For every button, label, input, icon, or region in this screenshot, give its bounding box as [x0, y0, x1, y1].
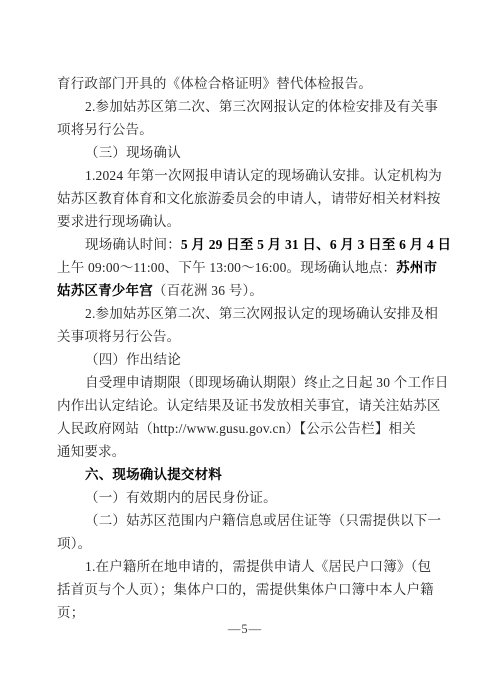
text-run-bold: 5 月 29 日至 5 月 31 日、6 月 3 日至 6 月 4 日	[181, 237, 451, 252]
text-run: 通知要求。	[57, 444, 126, 459]
text-run: （二）姑苏区范围内户籍信息或居住证等（只需提供以下一	[85, 513, 441, 528]
text-run: （一）有效期内的居民身份证。	[85, 490, 277, 505]
text-line: 姑苏区青少年宫（百花洲 36 号）。	[57, 279, 435, 302]
text-line: 现场确认时间：5 月 29 日至 5 月 31 日、6 月 3 日至 6 月 4…	[57, 233, 435, 256]
text-run: 现场确认时间：	[85, 237, 181, 252]
text-run-bold: 苏州市	[396, 260, 437, 275]
text-run: 1.2024 年第一次网报申请认定的现场确认安排。认定机构为	[85, 168, 442, 183]
text-line: 2.参加姑苏区第二次、第三次网报认定的现场确认安排及相	[57, 302, 435, 325]
text-run: （四）作出结论	[85, 352, 181, 367]
text-run: 2.参加姑苏区第二次、第三次网报认定的体检安排及有关事	[85, 99, 438, 114]
text-line: 自受理申请期限（即现场确认期限）终止之日起 30 个工作日	[57, 371, 435, 394]
text-line: （三）现场确认	[57, 141, 435, 164]
text-line: 1.2024 年第一次网报申请认定的现场确认安排。认定机构为	[57, 164, 435, 187]
text-line: 上午 09:00～11:00、下午 13:00～16:00。现场确认地点：苏州市	[57, 256, 435, 279]
text-run: （三）现场确认	[85, 145, 181, 160]
text-run: 育行政部门开具的《体检合格证明》替代体检报告。	[57, 76, 372, 91]
text-run: 内作出认定结论。认定结果及证书发放相关事宜，请关注姑苏区	[57, 398, 441, 413]
text-line: 通知要求。	[57, 440, 435, 463]
text-line: （二）姑苏区范围内户籍信息或居住证等（只需提供以下一	[57, 509, 435, 532]
text-line: （四）作出结论	[57, 348, 435, 371]
text-run: 页；	[57, 605, 84, 620]
text-run: 2.参加姑苏区第二次、第三次网报认定的现场确认安排及相	[85, 306, 438, 321]
text-line: 页；	[57, 601, 435, 624]
text-run: （百花洲 36 号）。	[153, 283, 263, 298]
text-line: 关事项将另行公告。	[57, 325, 435, 348]
text-run: 人民政府网站（http://www.gusu.gov.cn）【公示公告栏】相关	[57, 421, 416, 436]
text-line: 要求进行现场确认。	[57, 210, 435, 233]
text-run: 括首页与个人页）；集体户口的，需提供集体户口簿中本人户籍	[57, 582, 434, 597]
text-line: 内作出认定结论。认定结果及证书发放相关事宜，请关注姑苏区	[57, 394, 435, 417]
text-run-bold: 姑苏区青少年宫	[57, 283, 153, 298]
text-run-bold: 六、现场确认提交材料	[85, 467, 222, 482]
text-line: 六、现场确认提交材料	[57, 463, 435, 486]
text-line: 育行政部门开具的《体检合格证明》替代体检报告。	[57, 72, 435, 95]
text-run: 关事项将另行公告。	[57, 329, 180, 344]
text-run: 1.在户籍所在地申请的，需提供申请人《居民户口簿》（包	[85, 559, 431, 574]
text-run: 上午 09:00～11:00、下午 13:00～16:00。现场确认地点：	[57, 260, 396, 275]
text-line: 2.参加姑苏区第二次、第三次网报认定的体检安排及有关事	[57, 95, 435, 118]
text-run: 项）。	[57, 536, 91, 551]
document-page: 育行政部门开具的《体检合格证明》替代体检报告。2.参加姑苏区第二次、第三次网报认…	[0, 0, 490, 692]
page-number: —5—	[0, 622, 490, 637]
text-line: （一）有效期内的居民身份证。	[57, 486, 435, 509]
text-line: 项将另行公告。	[57, 118, 435, 141]
text-line: 姑苏区教育体育和文化旅游委员会的申请人，请带好相关材料按	[57, 187, 435, 210]
text-run: 项将另行公告。	[57, 122, 153, 137]
text-run: 姑苏区教育体育和文化旅游委员会的申请人，请带好相关材料按	[57, 191, 441, 206]
text-run: 要求进行现场确认。	[57, 214, 180, 229]
text-line: 括首页与个人页）；集体户口的，需提供集体户口簿中本人户籍	[57, 578, 435, 601]
text-line: 人民政府网站（http://www.gusu.gov.cn）【公示公告栏】相关	[57, 417, 435, 440]
document-body: 育行政部门开具的《体检合格证明》替代体检报告。2.参加姑苏区第二次、第三次网报认…	[57, 72, 435, 624]
text-line: 1.在户籍所在地申请的，需提供申请人《居民户口簿》（包	[57, 555, 435, 578]
text-run: 自受理申请期限（即现场确认期限）终止之日起 30 个工作日	[85, 375, 449, 390]
text-line: 项）。	[57, 532, 435, 555]
